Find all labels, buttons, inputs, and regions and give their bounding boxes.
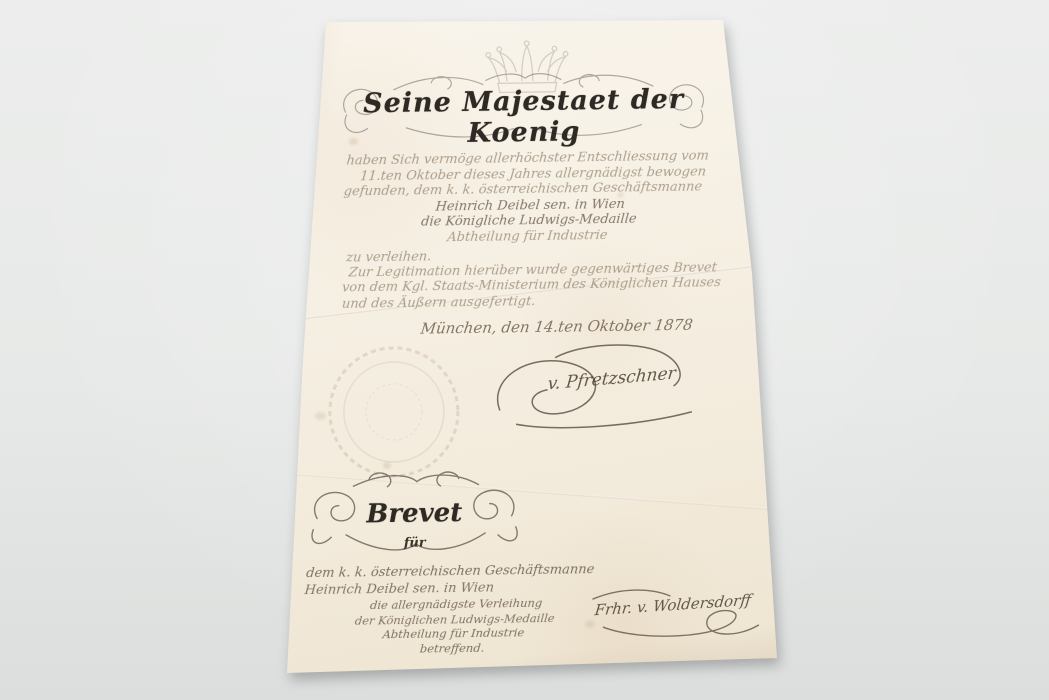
photograph-background: Seine Majestaet der Koenig haben Sich ve… (0, 0, 1049, 700)
embossed-seal-icon (317, 337, 471, 487)
signature-flourish-icon (582, 576, 788, 667)
award-paragraph: haben Sich vermöge allerhöchster Entschl… (333, 148, 729, 247)
handwritten-line: betreffend. (293, 639, 612, 658)
legitimation-paragraph: zu verleihen. Zur Legitimation hierüber … (335, 245, 729, 311)
document-title: Seine Majestaet der Koenig (338, 84, 709, 151)
document-paper-wrapper: Seine Majestaet der Koenig haben Sich ve… (287, 20, 779, 675)
minister-signature: v. Pfretzschner (485, 333, 722, 434)
document-content: Seine Majestaet der Koenig haben Sich ve… (282, 17, 783, 679)
document-paper: Seine Majestaet der Koenig haben Sich ve… (287, 20, 779, 675)
brevet-recipient-block: dem k. k. österreichischen Geschäftsmann… (293, 562, 619, 658)
brevet-subheading: für (320, 534, 510, 552)
official-signature: Frhr. v. Woldersdorff (582, 576, 788, 667)
brevet-heading: Brevet (319, 497, 509, 530)
